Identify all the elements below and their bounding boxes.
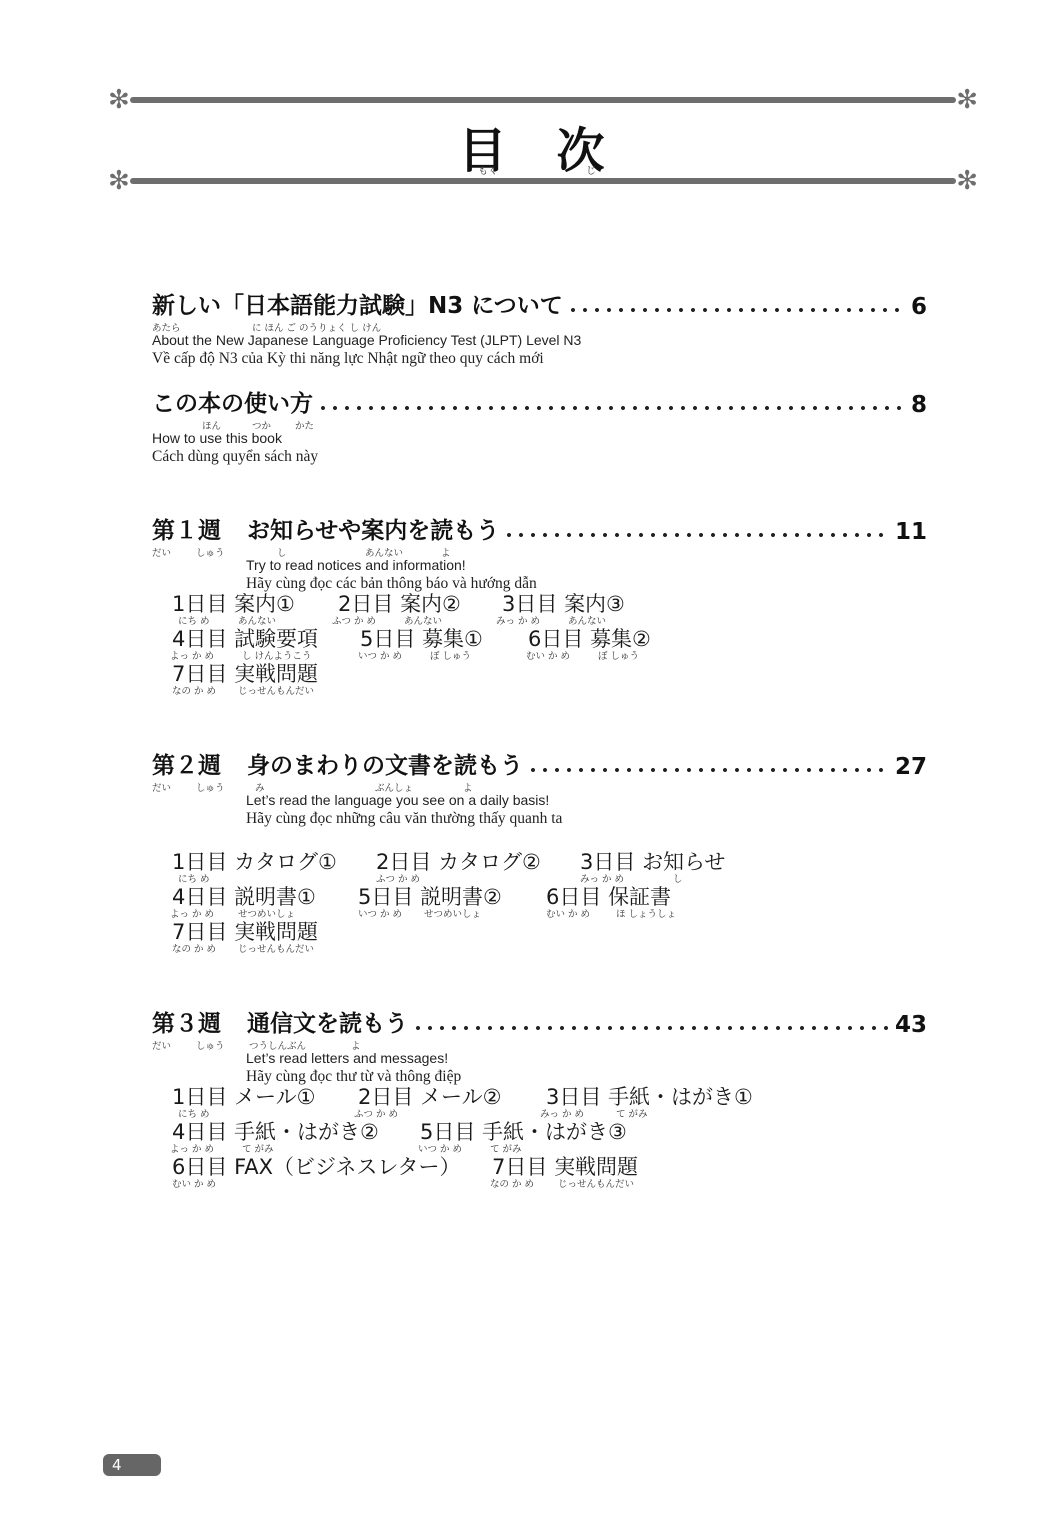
ruby-text: て がみ [616,1109,648,1120]
day-topic: 実戦問題 [234,662,318,686]
toc-page-number: 8 [907,392,927,418]
ruby-text: せつめいしょ [424,909,481,920]
vietnamese-subtitle: Về cấp độ N3 của Kỳ thi năng lực Nhật ng… [152,349,927,368]
vietnamese-subtitle: Hãy cùng đọc những câu văn thường thấy q… [152,809,927,828]
ruby-line: だい しゅう つうしんぶん よ [152,1038,927,1050]
ruby-text: よっ か め [170,651,214,662]
day-topic: 実戦問題 [554,1155,638,1179]
day-item[interactable]: 3日目 案内③みっ か めあんない [502,592,625,627]
ruby-text: にち め [178,874,210,885]
day-label: 3日目 [502,592,557,616]
day-label: 4日目 [172,1120,227,1144]
ruby-text: しゅう [196,1038,225,1052]
ruby-text: だい [152,780,171,794]
ruby-text: なの か め [172,944,216,955]
vietnamese-subtitle: Hãy cùng đọc thư từ và thông điệp [152,1067,927,1086]
english-subtitle: Try to read notices and information! [152,557,927,574]
ruby-text: ぼ しゅう [430,651,471,662]
vietnamese-subtitle: Cách dùng quyển sách này [152,447,927,466]
day-item[interactable]: 3日目 お知らせみっ か めし [580,850,725,885]
week-label: 第２週 [152,747,247,780]
day-item[interactable]: 4日目 試験要項よっ か めし けんようこう [172,627,318,662]
day-topic: 試験要項 [234,627,318,651]
ruby-text: ふつ か め [354,1109,398,1120]
ruby-text: むい か め [546,909,590,920]
day-item[interactable]: 3日目 手紙・はがき①みっ か めて がみ [546,1085,753,1120]
day-label: 2日目 [338,592,393,616]
dot-leader [527,767,889,773]
ruby-text: つうしんぶん [249,1038,306,1052]
day-label: 3日目 [580,850,635,874]
day-topic: メール② [420,1085,501,1109]
day-item[interactable]: 2日目 案内②ふつ か めあんない [338,592,461,627]
ruby-text: し けんようこう [242,651,312,662]
day-item[interactable]: 2日目 カタログ②ふつ か め [376,850,541,885]
week-label: 第１週 [152,512,247,545]
toc-entry-title: 通信文を読もう [247,1005,408,1038]
ruby-text: ほ しょうしょ [616,909,676,920]
day-topic: お知らせ [642,850,725,874]
day-topic: 手紙・はがき③ [482,1120,627,1144]
ruby-line: あたら に ほん ご のうりょく し けん [152,320,927,332]
ruby-text: むい か め [526,651,570,662]
day-topic: 募集② [590,627,651,651]
day-label: 6日目 [172,1155,227,1179]
day-topic: 説明書① [234,885,316,909]
day-label: 7日目 [492,1155,547,1179]
ruby-text: よ [463,780,473,794]
ruby-text: ふつ か め [332,616,376,627]
day-topic: 説明書② [420,885,502,909]
day-item[interactable]: 7日目 実戦問題なの か めじっせんもんだい [172,920,318,955]
ruby-line: だい しゅう み ぶんしょ よ [152,780,927,792]
day-item[interactable]: 5日目 手紙・はがき③いつ か めて がみ [420,1120,627,1155]
asterisk-ornament-icon: ✻ [956,87,978,113]
day-label: 4日目 [172,885,227,909]
day-item[interactable]: 7日目 実戦問題なの か めじっせんもんだい [492,1155,638,1190]
ruby-text: しゅう [196,545,225,559]
day-label: 5日目 [360,627,415,651]
day-label: 7日目 [172,920,227,944]
day-label: 5日目 [358,885,413,909]
ruby-text: せつめいしょ [238,909,295,920]
day-topic: 案内① [234,592,295,616]
dot-leader [317,405,901,411]
ruby-text: だい [152,1038,171,1052]
ruby-text: つか [252,418,271,432]
day-topic: 保証書 [608,885,671,909]
toc-week-1[interactable]: 第１週 お知らせや案内を読もう 11 だい しゅう し あんない よ Try t… [152,515,927,593]
ruby-text: しゅう [196,780,225,794]
ruby-text: ぼ しゅう [598,651,639,662]
day-label: 4日目 [172,627,227,651]
day-topic: カタログ② [438,850,541,874]
day-topic: 案内③ [564,592,625,616]
ruby-text: じっせんもんだい [238,686,314,697]
ruby-text: よ [351,1038,361,1052]
divider [130,178,956,184]
toc-week-3[interactable]: 第３週 通信文を読もう 43 だい しゅう つうしんぶん よ Let’s rea… [152,1008,927,1086]
ruby-text: あんない [404,616,442,627]
ruby-text: みっ か め [540,1109,584,1120]
ruby-text: よ [441,545,451,559]
ruby-text: し [673,874,683,885]
day-topic: 案内② [400,592,461,616]
english-subtitle: How to use this book [152,430,927,447]
toc-entry-about-jlpt[interactable]: 新しい「日本語能力試験」N3 について 6 あたら に ほん ご のうりょく し… [152,290,927,368]
ruby-text: あんない [365,545,403,559]
week-label: 第３週 [152,1005,247,1038]
ruby-text: あんない [238,616,276,627]
ruby-text: ぶんしょ [375,780,413,794]
header-rule-bottom: ✻ ✻ [108,172,978,192]
toc-week-2[interactable]: 第２週 身のまわりの文書を読もう 27 だい しゅう み ぶんしょ よ Let’… [152,750,927,828]
toc-page-number: 27 [895,754,927,780]
toc-entry-title: お知らせや案内を読もう [247,512,499,545]
ruby-text: にち め [178,1109,210,1120]
english-subtitle: Let’s read the language you see on a dai… [152,792,927,809]
ruby-text: ほん [202,418,221,432]
day-topic: 募集① [422,627,483,651]
day-item[interactable]: 5日目 募集①いつ か めぼ しゅう [360,627,483,662]
toc-entry-title: 身のまわりの文書を読もう [247,747,523,780]
ruby-text: いつ か め [418,1144,462,1155]
ruby-text: じっせんもんだい [238,944,314,955]
ruby-text: よっ か め [170,909,214,920]
day-label: 7日目 [172,662,227,686]
asterisk-ornament-icon: ✻ [108,168,130,194]
ruby-text: いつ か め [358,651,402,662]
day-topic: 手紙・はがき① [608,1085,753,1109]
ruby-text: みっ か め [496,616,540,627]
day-item[interactable]: 1日目 案内①にち めあんない [172,592,295,627]
day-label: 6日目 [546,885,601,909]
ruby-text: に ほん ご のうりょく し けん [252,320,381,334]
day-item[interactable]: 1日目 カタログ①にち め [172,850,337,885]
ruby-text: あたら [152,320,181,334]
day-topic: 手紙・はがき② [234,1120,379,1144]
toc-entry-how-to-use[interactable]: この本の使い方 8 ほん つか かた How to use this book … [152,388,927,466]
day-item[interactable]: 1日目 メール①にち め [172,1085,315,1120]
toc-page-number: 11 [895,519,927,545]
day-label: 1日目 [172,1085,227,1109]
ruby-text: み [255,780,265,794]
day-topic: メール① [234,1085,315,1109]
day-item[interactable]: 6日目 FAX（ビジネスレター）むい か め [172,1155,461,1190]
ruby-line: ほん つか かた [152,418,927,430]
page-title-char: 次 [550,112,612,181]
ruby-text: なの か め [172,686,216,697]
english-subtitle: Let’s read letters and messages! [152,1050,927,1067]
asterisk-ornament-icon: ✻ [956,168,978,194]
day-item[interactable]: 6日目 募集②むい か めぼ しゅう [528,627,651,662]
day-item[interactable]: 2日目 メール②ふつ か め [358,1085,501,1120]
day-topic: カタログ① [234,850,337,874]
toc-entry-title: 新しい「日本語能力試験」N3 について [152,287,563,320]
ruby-text: て がみ [490,1144,522,1155]
day-item[interactable]: 4日目 手紙・はがき②よっ か めて がみ [172,1120,379,1155]
toc-page-number: 6 [907,294,927,320]
page-number-badge: 4 [103,1454,161,1476]
divider [130,97,956,103]
dot-leader [412,1025,889,1031]
day-label: 2日目 [358,1085,413,1109]
toc-entry-title: この本の使い方 [152,385,313,418]
day-topic: 実戦問題 [234,920,318,944]
toc-page-number: 43 [895,1012,927,1038]
ruby-text: じっせんもんだい [558,1179,634,1190]
header-rule-top: ✻ ✻ [108,91,978,111]
ruby-text: て がみ [242,1144,274,1155]
vietnamese-subtitle: Hãy cùng đọc các bản thông báo và hướng … [152,574,927,593]
ruby-text: し [277,545,287,559]
day-label: 2日目 [376,850,431,874]
day-label: 6日目 [528,627,583,651]
day-label: 3日目 [546,1085,601,1109]
ruby-text: あんない [568,616,606,627]
ruby-text: よっ か め [170,1144,214,1155]
day-label: 1日目 [172,592,227,616]
ruby-text: みっ か め [580,874,624,885]
ruby-text: だい [152,545,171,559]
day-item[interactable]: 6日目 保証書むい か めほ しょうしょ [546,885,671,920]
ruby-line: だい しゅう し あんない よ [152,545,927,557]
page-title: 目次 もく じ [0,112,1063,181]
english-subtitle: About the New Japanese Language Proficie… [152,332,927,349]
ruby-text: むい か め [172,1179,216,1190]
day-label: 1日目 [172,850,227,874]
ruby-text: にち め [178,616,210,627]
dot-leader [567,307,901,313]
day-item[interactable]: 5日目 説明書②いつ か めせつめいしょ [358,885,502,920]
dot-leader [503,532,889,538]
asterisk-ornament-icon: ✻ [108,87,130,113]
ruby-text: なの か め [490,1179,534,1190]
ruby-text: ふつ か め [376,874,420,885]
day-item[interactable]: 7日目 実戦問題なの か めじっせんもんだい [172,662,318,697]
ruby-text: いつ か め [358,909,402,920]
day-label: 5日目 [420,1120,475,1144]
day-item[interactable]: 4日目 説明書①よっ か めせつめいしょ [172,885,316,920]
day-topic: FAX（ビジネスレター） [234,1155,460,1179]
ruby-text: かた [295,418,314,432]
